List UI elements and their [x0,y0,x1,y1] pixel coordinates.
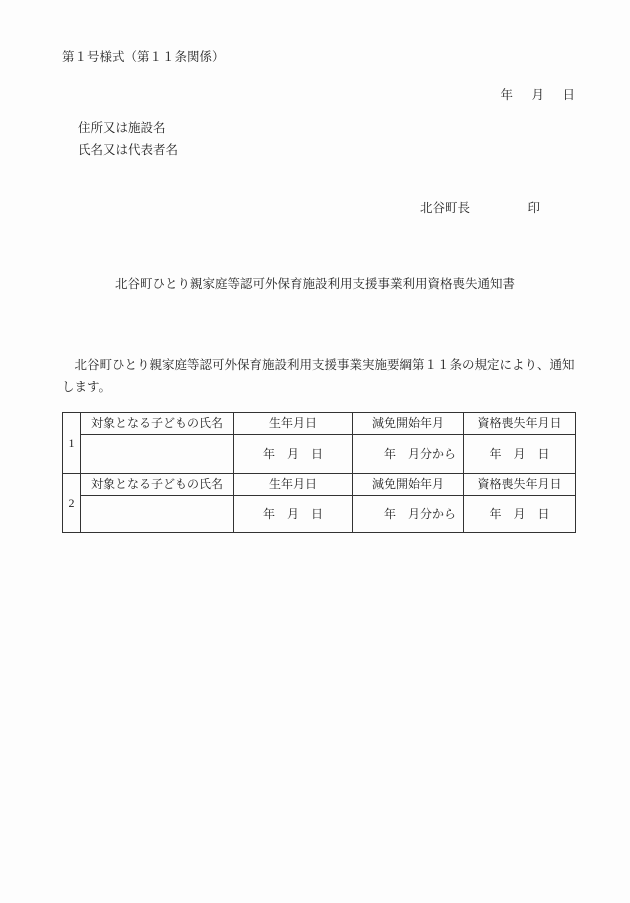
column-header-loss-date: 資格喪失年月日 [464,413,576,435]
column-header-loss-date: 資格喪失年月日 [464,474,576,496]
column-header-child-name: 対象となる子どもの氏名 [81,474,234,496]
body-paragraph: 北谷町ひとり親家庭等認可外保育施設利用支援事業実施要綱第１１条の規定により、通知… [62,355,572,398]
document-page: 第１号様式（第１１条関係） 年 月 日 住所又は施設名 氏名又は代表者名 北谷町… [0,0,630,903]
column-header-birthdate: 生年月日 [234,413,353,435]
column-header-birthdate: 生年月日 [234,474,353,496]
column-header-reduction-start: 減免開始年月 [353,474,464,496]
row-number-2: 2 [63,474,81,533]
date-line: 年 月 日 [500,88,578,103]
reduction-start-value-2: 年 月分から [353,496,464,533]
document-title: 北谷町ひとり親家庭等認可外保育施設利用支援事業利用資格喪失通知書 [0,277,630,292]
table-row: 1 対象となる子どもの氏名 生年月日 減免開始年月 資格喪失年月日 [63,413,576,435]
child-name-value-2 [81,496,234,533]
row-number-1: 1 [63,413,81,474]
mayor-signature-line: 北谷町長 印 [420,201,540,216]
form-number: 第１号様式（第１１条関係） [62,50,225,65]
column-header-reduction-start: 減免開始年月 [353,413,464,435]
paragraph-line-1: 北谷町ひとり親家庭等認可外保育施設利用支援事業実施要綱第１１条の規定により、通知 [62,355,572,377]
eligibility-loss-table: 1 対象となる子どもの氏名 生年月日 減免開始年月 資格喪失年月日 年 月 日 … [62,412,576,533]
seal-label: 印 [527,201,540,216]
table-row: 2 対象となる子どもの氏名 生年月日 減免開始年月 資格喪失年月日 [63,474,576,496]
mayor-label: 北谷町長 [420,201,470,216]
birthdate-value-2: 年 月 日 [234,496,353,533]
loss-date-value-1: 年 月 日 [464,435,576,474]
address-or-facility-label: 住所又は施設名 [78,121,166,136]
table-row: 年 月 日 年 月分から 年 月 日 [63,435,576,474]
column-header-child-name: 対象となる子どもの氏名 [81,413,234,435]
paragraph-line-2: します。 [62,377,572,399]
table-row: 年 月 日 年 月分から 年 月 日 [63,496,576,533]
loss-date-value-2: 年 月 日 [464,496,576,533]
reduction-start-value-1: 年 月分から [353,435,464,474]
name-or-representative-label: 氏名又は代表者名 [78,143,178,158]
birthdate-value-1: 年 月 日 [234,435,353,474]
child-name-value-1 [81,435,234,474]
